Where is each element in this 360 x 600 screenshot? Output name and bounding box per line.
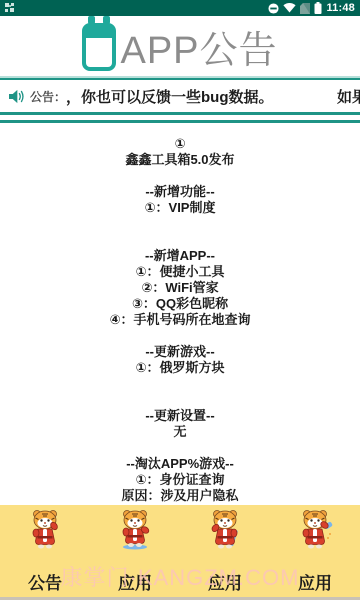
phone-screen: 11:48 APP公告 公告： ，你也可以反馈一些bug数据。 如果 ①鑫鑫工具…	[0, 0, 360, 600]
tiger-mascot-icon	[27, 508, 63, 550]
content-line: ①：VIP制度	[0, 200, 360, 216]
content-line	[0, 216, 360, 232]
content-line: ③：QQ彩色昵称	[0, 296, 360, 312]
content-line	[0, 440, 360, 456]
content-line: 无	[0, 424, 360, 440]
page-title: APP公告	[120, 19, 277, 74]
tab-apps-2[interactable]: 应用	[180, 505, 270, 597]
content-line: --新增功能--	[0, 184, 360, 200]
content-line: --更新游戏--	[0, 344, 360, 360]
tab-label: 应用	[208, 575, 242, 592]
tab-label: 应用	[298, 575, 332, 592]
toolbox-app-icon	[82, 23, 116, 71]
content-line: --更新设置--	[0, 408, 360, 424]
content-line: --新增APP--	[0, 248, 360, 264]
content-line	[0, 376, 360, 392]
content-line: ①：身份证查询	[0, 472, 360, 488]
tab-label: 应用	[118, 575, 152, 592]
content-line: --淘汰APP%游戏--	[0, 456, 360, 472]
no-sim-icon	[300, 3, 310, 14]
content-line	[0, 392, 360, 408]
battery-icon	[314, 2, 322, 14]
content-line: ①：便捷小工具	[0, 264, 360, 280]
tiger-mascot-icon	[207, 508, 243, 550]
notice-text: ，你也可以反馈一些bug数据。	[66, 86, 274, 107]
notice-marquee[interactable]: 公告： ，你也可以反馈一些bug数据。 如果	[0, 78, 360, 115]
content-line: ①	[0, 136, 360, 152]
wifi-icon	[283, 3, 296, 13]
content-line: ①：俄罗斯方块	[0, 360, 360, 376]
tiger-mascot-icon	[297, 508, 333, 550]
content-line: 原因：涉及用户隐私	[0, 488, 360, 504]
notification-grid-icon	[5, 3, 15, 13]
speaker-icon	[8, 89, 25, 104]
tab-apps-1[interactable]: 应用	[90, 505, 180, 597]
content-line	[0, 328, 360, 344]
tab-announcement[interactable]: 公告	[0, 505, 90, 597]
content-line: ②：WiFi管家	[0, 280, 360, 296]
tab-bar: 公告	[0, 505, 360, 597]
app-header: APP公告	[0, 16, 360, 78]
content-line	[0, 232, 360, 248]
content-line: 鑫鑫工具箱5.0发布	[0, 152, 360, 168]
tab-apps-3[interactable]: 应用	[270, 505, 360, 597]
status-bar: 11:48	[0, 0, 360, 16]
notice-prefix: 公告：	[30, 88, 66, 105]
content-line: ④：手机号码所在地查询	[0, 312, 360, 328]
tiger-mascot-icon	[117, 508, 153, 550]
announcement-content: ①鑫鑫工具箱5.0发布 --新增功能--①：VIP制度 --新增APP--①：便…	[0, 123, 360, 505]
tab-label: 公告	[28, 575, 62, 592]
status-time: 11:48	[326, 2, 355, 14]
notice-trailing-text: 如果	[337, 86, 360, 107]
do-not-disturb-icon	[268, 3, 279, 14]
content-line	[0, 168, 360, 184]
